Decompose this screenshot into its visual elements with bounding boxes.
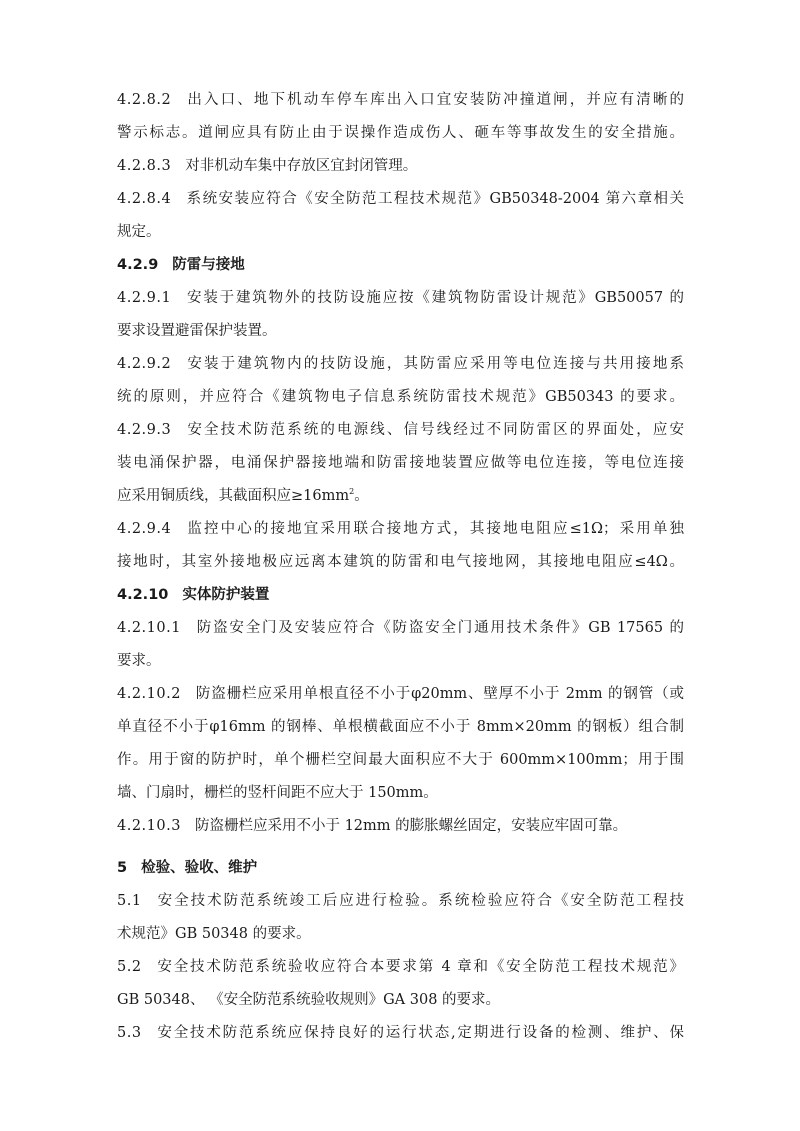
section-heading-4-2-9: 4.2.9防雷与接地 <box>117 255 245 275</box>
clause-4-2-10-2-line-3: 作。用于窗的防护时，单个栅栏空间最大面积应不大于 600mm×100mm；用于围 <box>117 750 684 770</box>
clause-4-2-8-2-line-2: 警示标志。道闸应具有防止由于误操作造成伤人、砸车等事故发生的安全措施。 <box>117 123 684 143</box>
clause-4-2-9-2-line-2: 统的原则，并应符合《建筑物电子信息系统防雷技术规范》GB50343 的要求。 <box>117 387 684 407</box>
clause-text: 防盗安全门及安装应符合《防盗安全门通用技术条件》GB 17565 的 <box>195 620 684 636</box>
section-number: 4.2.9 <box>117 257 158 273</box>
section-title: 防雷与接地 <box>172 257 245 273</box>
clause-number: 4.2.9.2 <box>117 354 171 374</box>
clause-text: 要求设置避雷保护装置。 <box>117 323 277 339</box>
clause-number: 4.2.10.2 <box>117 684 181 704</box>
clause-5-1-line-2: 术规范》GB 50348 的要求。 <box>117 924 311 944</box>
clause-number: 5.3 <box>117 1023 142 1043</box>
clause-4-2-10-3: 4.2.10.3防盗栅栏应采用不小于 12mm 的膨胀螺丝固定，安装应牢固可靠。 <box>117 816 627 836</box>
clause-4-2-8-4-line-1: 4.2.8.4系统安装应符合《安全防范工程技术规范》GB50348-2004 第… <box>117 189 684 209</box>
clause-text: 作。用于窗的防护时，单个栅栏空间最大面积应不大于 600mm×100mm；用于围 <box>117 752 684 768</box>
clause-text: 要求。 <box>117 653 161 669</box>
clause-4-2-10-1-line-2: 要求。 <box>117 651 161 671</box>
clause-4-2-10-2-line-4: 墙、门扇时，栅栏的竖杆间距不应大于 150mm。 <box>117 783 438 803</box>
clause-text: 对非机动车集中存放区宜封闭管理。 <box>185 158 417 174</box>
clause-5-1-line-1: 5.1安全技术防范系统竣工后应进行检验。系统检验应符合《安全防范工程技 <box>117 891 684 911</box>
clause-text: 装电涌保护器，电涌保护器接地端和防雷接地装置应做等电位连接，等电位连接 <box>117 455 684 471</box>
clause-number: 5.2 <box>117 957 142 977</box>
clause-text: 统的原则，并应符合《建筑物电子信息系统防雷技术规范》GB50343 的要求。 <box>117 389 684 405</box>
clause-4-2-8-4-line-2: 规定。 <box>117 222 161 242</box>
clause-4-2-9-2-line-1: 4.2.9.2安装于建筑物内的技防设施，其防雷应采用等电位连接与共用接地系 <box>117 354 684 374</box>
clause-number: 4.2.8.2 <box>117 90 171 110</box>
clause-4-2-9-1-line-1: 4.2.9.1安装于建筑物外的技防设施应按《建筑物防雷设计规范》GB50057 … <box>117 288 684 308</box>
section-title: 实体防护装置 <box>182 587 269 603</box>
clause-text: 安装于建筑物外的技防设施应按《建筑物防雷设计规范》GB50057 的 <box>185 290 684 306</box>
clause-5-2-line-1: 5.2安全技术防范系统验收应符合本要求第 4 章和《安全防范工程技术规范》 <box>117 957 684 977</box>
clause-number: 4.2.10.1 <box>117 618 181 638</box>
clause-4-2-9-4-line-1: 4.2.9.4监控中心的接地宜采用联合接地方式，其接地电阻应≤1Ω；采用单独 <box>117 519 684 539</box>
clause-number: 4.2.10.3 <box>117 816 181 836</box>
clause-text: 安全技术防范系统的电源线、信号线经过不同防雷区的界面处，应安 <box>185 422 684 438</box>
clause-text: 单直径不小于φ16mm 的钢棒、单根横截面应不小于 8mm×20mm 的钢板）组… <box>117 719 684 735</box>
clause-number: 4.2.8.4 <box>117 189 171 209</box>
clause-4-2-10-2-line-2: 单直径不小于φ16mm 的钢棒、单根横截面应不小于 8mm×20mm 的钢板）组… <box>117 717 684 737</box>
clause-text: 出入口、地下机动车停车库出入口宜安装防冲撞道闸，并应有清晰的 <box>185 92 684 108</box>
clause-text: 监控中心的接地宜采用联合接地方式，其接地电阻应≤1Ω；采用单独 <box>185 521 684 537</box>
section-heading-4-2-10: 4.2.10实体防护装置 <box>117 585 269 605</box>
clause-text: GB 50348、 《安全防范系统验收规则》GA 308 的要求。 <box>117 992 500 1008</box>
clause-text: 防盗栅栏应采用不小于 12mm 的膨胀螺丝固定，安装应牢固可靠。 <box>195 818 627 834</box>
clause-text: 接地时，其室外接地极应远离本建筑的防雷和电气接地网，其接地电阻应≤4Ω。 <box>117 554 684 570</box>
clause-4-2-8-2-line-1: 4.2.8.2出入口、地下机动车停车库出入口宜安装防冲撞道闸，并应有清晰的 <box>117 90 684 110</box>
chapter-heading-5: 5检验、验收、维护 <box>117 858 257 878</box>
section-number: 4.2.10 <box>117 587 168 603</box>
clause-text: 规定。 <box>117 224 161 240</box>
clause-text: 安全技术防范系统验收应符合本要求第 4 章和《安全防范工程技术规范》 <box>156 959 684 975</box>
clause-text: 防盗栅栏应采用单根直径不小于φ20mm、壁厚不小于 2mm 的钢管（或 <box>195 686 684 702</box>
clause-4-2-9-1-line-2: 要求设置避雷保护装置。 <box>117 321 277 341</box>
clause-4-2-8-3: 4.2.8.3对非机动车集中存放区宜封闭管理。 <box>117 156 417 176</box>
clause-number: 5.1 <box>117 891 142 911</box>
clause-text: 系统安装应符合《安全防范工程技术规范》GB50348-2004 第六章相关 <box>185 191 684 207</box>
clause-text: 安全技术防范系统应保持良好的运行状态,定期进行设备的检测、维护、保 <box>156 1025 684 1041</box>
chapter-number: 5 <box>117 860 127 876</box>
clause-text: 警示标志。道闸应具有防止由于误操作造成伤人、砸车等事故发生的安全措施。 <box>117 125 684 141</box>
clause-4-2-10-1-line-1: 4.2.10.1防盗安全门及安装应符合《防盗安全门通用技术条件》GB 17565… <box>117 618 684 638</box>
clause-4-2-9-3-line-2: 装电涌保护器，电涌保护器接地端和防雷接地装置应做等电位连接，等电位连接 <box>117 453 684 473</box>
clause-number: 4.2.8.3 <box>117 156 171 176</box>
clause-4-2-9-3-line-1: 4.2.9.3安全技术防范系统的电源线、信号线经过不同防雷区的界面处，应安 <box>117 420 684 440</box>
clause-text-tail: 。 <box>354 488 369 504</box>
clause-number: 4.2.9.1 <box>117 288 171 308</box>
clause-number: 4.2.9.3 <box>117 420 171 440</box>
chapter-title: 检验、验收、维护 <box>141 860 257 876</box>
clause-text: 安装于建筑物内的技防设施，其防雷应采用等电位连接与共用接地系 <box>185 356 684 372</box>
clause-text: 墙、门扇时，栅栏的竖杆间距不应大于 150mm。 <box>117 785 438 801</box>
clause-text: 安全技术防范系统竣工后应进行检验。系统检验应符合《安全防范工程技 <box>156 893 684 909</box>
clause-4-2-9-4-line-2: 接地时，其室外接地极应远离本建筑的防雷和电气接地网，其接地电阻应≤4Ω。 <box>117 552 684 572</box>
clause-number: 4.2.9.4 <box>117 519 171 539</box>
clause-4-2-10-2-line-1: 4.2.10.2防盗栅栏应采用单根直径不小于φ20mm、壁厚不小于 2mm 的钢… <box>117 684 684 704</box>
clause-4-2-9-3-line-3: 应采用铜质线，其截面积应≥16mm2。 <box>117 486 369 506</box>
clause-5-3-line-1: 5.3安全技术防范系统应保持良好的运行状态,定期进行设备的检测、维护、保 <box>117 1023 684 1043</box>
clause-text: 应采用铜质线，其截面积应≥16mm <box>117 488 349 504</box>
clause-5-2-line-2: GB 50348、 《安全防范系统验收规则》GA 308 的要求。 <box>117 990 500 1010</box>
clause-text: 术规范》GB 50348 的要求。 <box>117 926 311 942</box>
